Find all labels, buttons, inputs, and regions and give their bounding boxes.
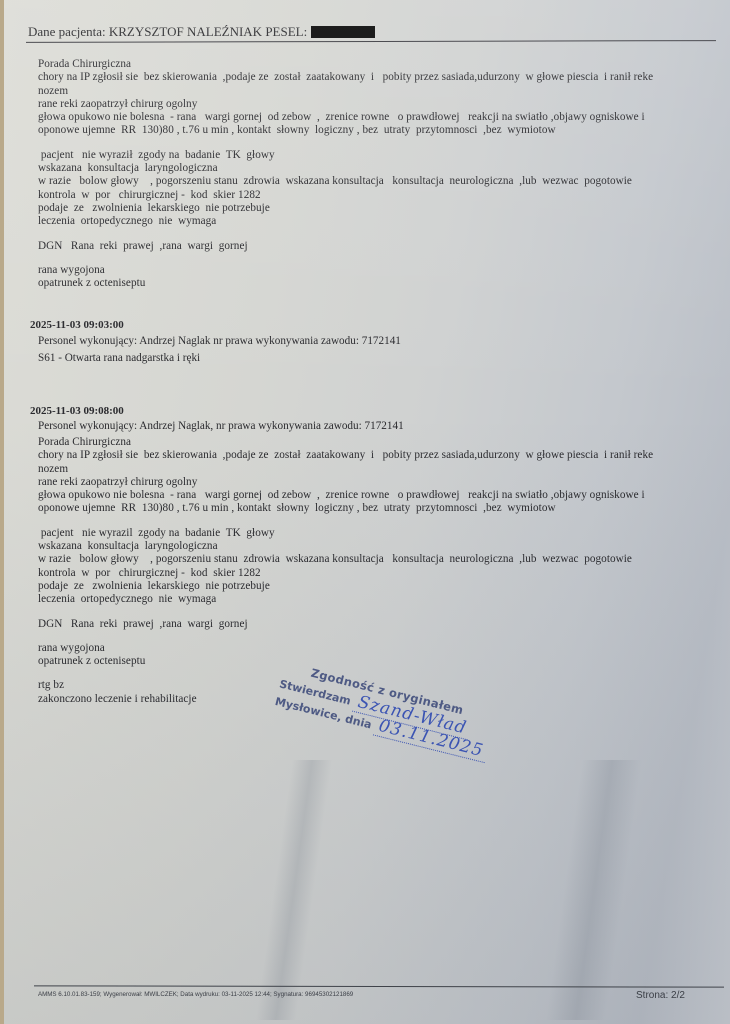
blank-line <box>38 516 653 527</box>
note-line: Porada Chirurgiczna <box>38 58 653 71</box>
note-line: wskazana konsultacja laryngologiczna <box>38 162 653 175</box>
note-line: leczenia ortopedycznego nie wymaga <box>38 215 653 228</box>
note-line: rana wygojona <box>38 642 653 655</box>
note-line: w razie bolow głowy , pogorszeniu stanu … <box>38 553 653 566</box>
note-line: w razie bolow głowy , pogorszeniu stanu … <box>38 175 653 188</box>
note-line: oponowe ujemne RR 130)80 , t.76 u min , … <box>38 502 653 515</box>
footer-divider <box>34 985 724 987</box>
note-line: kontrola w por chirurgicznej - kod skier… <box>38 567 653 580</box>
note-line: opatrunek z octeniseptu <box>38 277 653 290</box>
note-line: rane reki zaopatrzył chirurg ogolny <box>38 98 653 111</box>
entry-timestamp: 2025-11-03 09:08:00 <box>30 405 124 417</box>
note-line: pacjent nie wyraził zgody na badanie TK … <box>38 149 653 162</box>
header-divider <box>26 40 716 43</box>
note-line: leczenia ortopedycznego nie wymaga <box>38 593 653 606</box>
document-page: Dane pacjenta: KRZYSZTOF NALEŹNIAK PESEL… <box>4 0 730 1024</box>
blank-line <box>38 631 653 642</box>
note-line: podaje ze zwolnienia lekarskiego nie pot… <box>38 202 653 215</box>
blank-line <box>38 607 653 618</box>
print-metadata: AMMS 6.10.01.83-159; Wygenerował: MWILCZ… <box>38 991 353 998</box>
blank-line <box>38 253 653 264</box>
entry-timestamp: 2025-11-03 09:03:00 <box>30 319 124 331</box>
note-line: nozem <box>38 463 653 476</box>
first-note: Porada Chirurgicznachory na IP zgłosił s… <box>38 58 653 290</box>
patient-label: Dane pacjenta: KRZYSZTOF NALEŹNIAK PESEL… <box>28 24 307 40</box>
note-line: DGN Rana reki prawej ,rana wargi gornej <box>38 240 653 253</box>
note-line: DGN Rana reki prawej ,rana wargi gornej <box>38 618 653 631</box>
note-line: wskazana konsultacja laryngologiczna <box>38 540 653 553</box>
note-line: Porada Chirurgiczna <box>38 436 653 449</box>
note-line: rana wygojona <box>38 264 653 277</box>
note-line: nozem <box>38 85 653 98</box>
note-line: podaje ze zwolnienia lekarskiego nie pot… <box>38 580 653 593</box>
note-line: głowa opukowo nie bolesna - rana wargi g… <box>38 489 653 502</box>
entry-diagnosis: S61 - Otwarta rana nadgarstka i ręki <box>38 352 200 364</box>
note-line: chory na IP zgłosił sie bez skierowania … <box>38 71 653 84</box>
note-line: kontrola w por chirurgicznej - kod skier… <box>38 189 653 202</box>
note-line: pacjent nie wyrazil zgody na badanie TK … <box>38 527 653 540</box>
second-note: Porada Chirurgicznachory na IP zgłosił s… <box>38 436 653 706</box>
note-line: głowa opukowo nie bolesna - rana wargi g… <box>38 111 653 124</box>
note-line: oponowe ujemne RR 130)80 , t.76 u min , … <box>38 124 653 137</box>
entry-staff: Personel wykonujący: Andrzej Naglak, nr … <box>38 420 404 432</box>
pesel-redaction <box>311 26 375 38</box>
patient-header: Dane pacjenta: KRZYSZTOF NALEŹNIAK PESEL… <box>28 24 375 40</box>
blank-line <box>38 138 653 149</box>
page-number: Strona: 2/2 <box>636 990 685 1001</box>
paper-fold <box>546 760 643 1020</box>
note-line: rane reki zaopatrzył chirurg ogolny <box>38 476 653 489</box>
note-line: chory na IP zgłosił sie bez skierowania … <box>38 449 653 462</box>
note-line: opatrunek z octeniseptu <box>38 655 653 668</box>
paper-fold <box>256 760 333 1020</box>
blank-line <box>38 229 653 240</box>
entry-staff: Personel wykonujący: Andrzej Naglak nr p… <box>38 335 401 347</box>
